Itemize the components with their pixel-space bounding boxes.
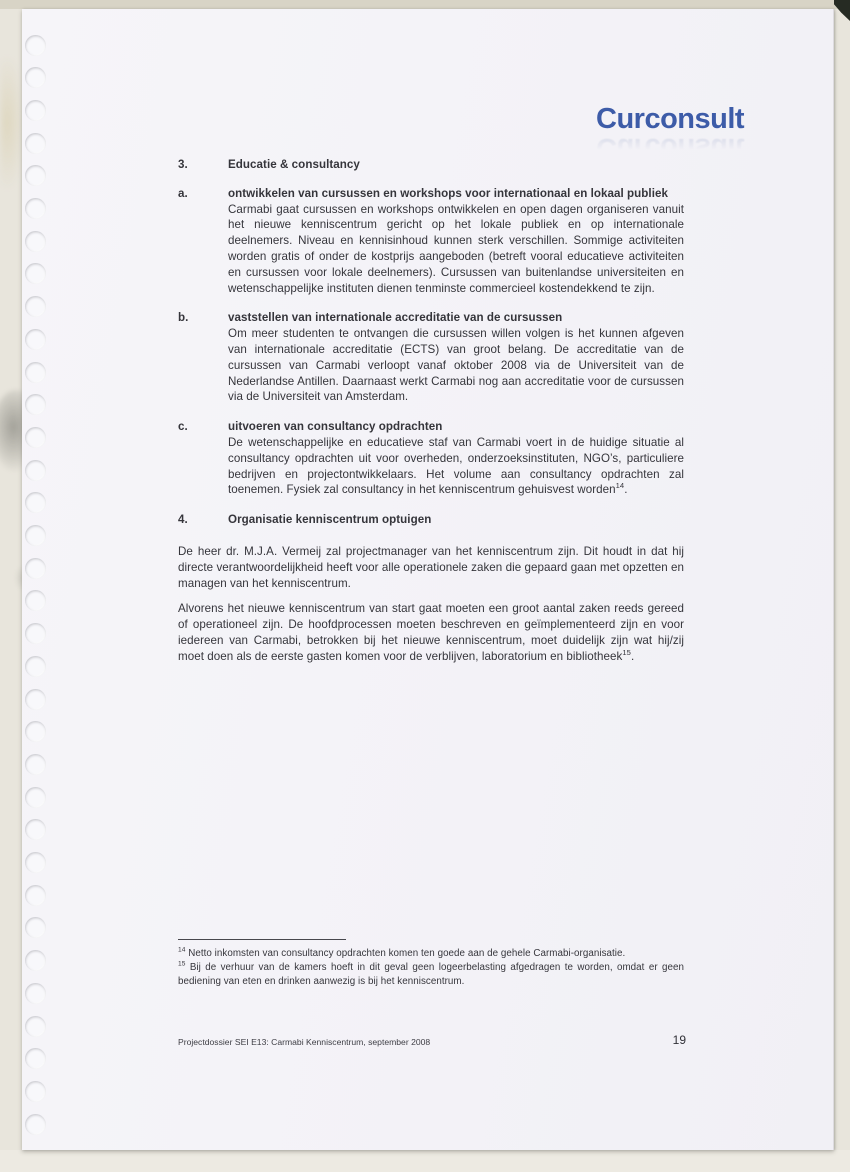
section-4-number: 4. — [178, 512, 228, 528]
footer-text: Projectdossier SEI E13: Carmabi Kennisce… — [178, 1037, 430, 1047]
punch-hole — [25, 263, 46, 284]
scan-background-top — [0, 0, 850, 9]
punch-hole — [25, 1048, 46, 1069]
footnotes: 14 Netto inkomsten van consultancy opdra… — [178, 939, 684, 988]
footnote-15-text: Bij de verhuur van de kamers hoeft in di… — [178, 962, 684, 987]
punch-hole — [25, 558, 46, 579]
section-4-heading: 4. Organisatie kenniscentrum optuigen — [178, 512, 684, 528]
punch-hole — [25, 329, 46, 350]
stain-mark — [0, 58, 24, 188]
punch-hole — [25, 983, 46, 1004]
footnote-15: 15 Bij de verhuur van de kamers hoeft in… — [178, 961, 684, 989]
punch-hole — [25, 1114, 46, 1135]
item-a-body: Carmabi gaat cursussen en workshops ontw… — [228, 202, 684, 297]
item-c-heading: uitvoeren van consultancy opdrachten — [228, 419, 684, 435]
footnote-14-marker: 14 — [178, 947, 185, 954]
item-c: c. uitvoeren van consultancy opdrachten … — [178, 419, 684, 498]
section-3-title: Educatie & consultancy — [228, 157, 684, 173]
footnote-14-text: Netto inkomsten van consultancy opdracht… — [188, 948, 625, 959]
item-b-body: Om meer studenten te ontvangen die cursu… — [228, 326, 684, 405]
footnote-14: 14 Netto inkomsten van consultancy opdra… — [178, 947, 684, 961]
item-a-heading: ontwikkelen van cursussen en workshops v… — [228, 186, 684, 202]
punch-hole — [25, 231, 46, 252]
footnote-15-marker: 15 — [178, 961, 185, 968]
punch-hole — [25, 296, 46, 317]
scan-corner-artifact — [834, 0, 850, 21]
punch-hole — [25, 623, 46, 644]
punch-hole — [25, 492, 46, 513]
footnote-separator — [178, 939, 346, 940]
punch-hole — [25, 460, 46, 481]
punch-hole — [25, 362, 46, 383]
punch-hole — [25, 917, 46, 938]
punch-hole — [25, 394, 46, 415]
item-b-letter: b. — [178, 310, 228, 405]
punch-hole — [25, 1016, 46, 1037]
logo-reflection: Curconsult — [596, 131, 806, 153]
punch-hole — [25, 1081, 46, 1102]
document-body: 3. Educatie & consultancy a. ontwikkelen… — [178, 157, 684, 675]
punch-hole — [25, 67, 46, 88]
item-a: a. ontwikkelen van cursussen en workshop… — [178, 186, 684, 297]
punch-hole — [25, 35, 46, 56]
footnote-ref-15: 15 — [622, 648, 631, 657]
punch-hole — [25, 885, 46, 906]
footnote-ref-14: 14 — [616, 481, 625, 490]
punch-hole — [25, 950, 46, 971]
punch-hole — [25, 100, 46, 121]
punch-hole — [25, 787, 46, 808]
punch-hole — [25, 852, 46, 873]
punch-hole — [25, 133, 46, 154]
page-footer: Projectdossier SEI E13: Carmabi Kennisce… — [178, 1033, 686, 1047]
item-b-heading: vaststellen van internationale accredita… — [228, 310, 684, 326]
item-c-body: De wetenschappelijke en educatieve staf … — [228, 435, 684, 498]
punch-hole — [25, 689, 46, 710]
curconsult-logo: Curconsult Curconsult — [596, 103, 806, 153]
scan-background-bottom — [0, 1150, 850, 1172]
punch-hole — [25, 656, 46, 677]
punch-hole — [25, 819, 46, 840]
section-4-paragraph-2: Alvorens het nieuwe kenniscentrum van st… — [178, 601, 684, 664]
punch-hole — [25, 198, 46, 219]
section-3-heading: 3. Educatie & consultancy — [178, 157, 684, 173]
punch-hole — [25, 165, 46, 186]
punch-hole — [25, 525, 46, 546]
document-page: Curconsult Curconsult 3. Educatie & cons… — [22, 9, 834, 1150]
punch-hole — [25, 427, 46, 448]
punch-hole — [25, 721, 46, 742]
page-number: 19 — [673, 1033, 686, 1047]
section-3-number: 3. — [178, 157, 228, 173]
section-4-paragraph-1: De heer dr. M.J.A. Vermeij zal projectma… — [178, 544, 684, 591]
item-a-letter: a. — [178, 186, 228, 297]
item-c-letter: c. — [178, 419, 228, 498]
section-4-title: Organisatie kenniscentrum optuigen — [228, 512, 684, 528]
punch-hole — [25, 754, 46, 775]
item-b: b. vaststellen van internationale accred… — [178, 310, 684, 405]
punch-hole — [25, 590, 46, 611]
